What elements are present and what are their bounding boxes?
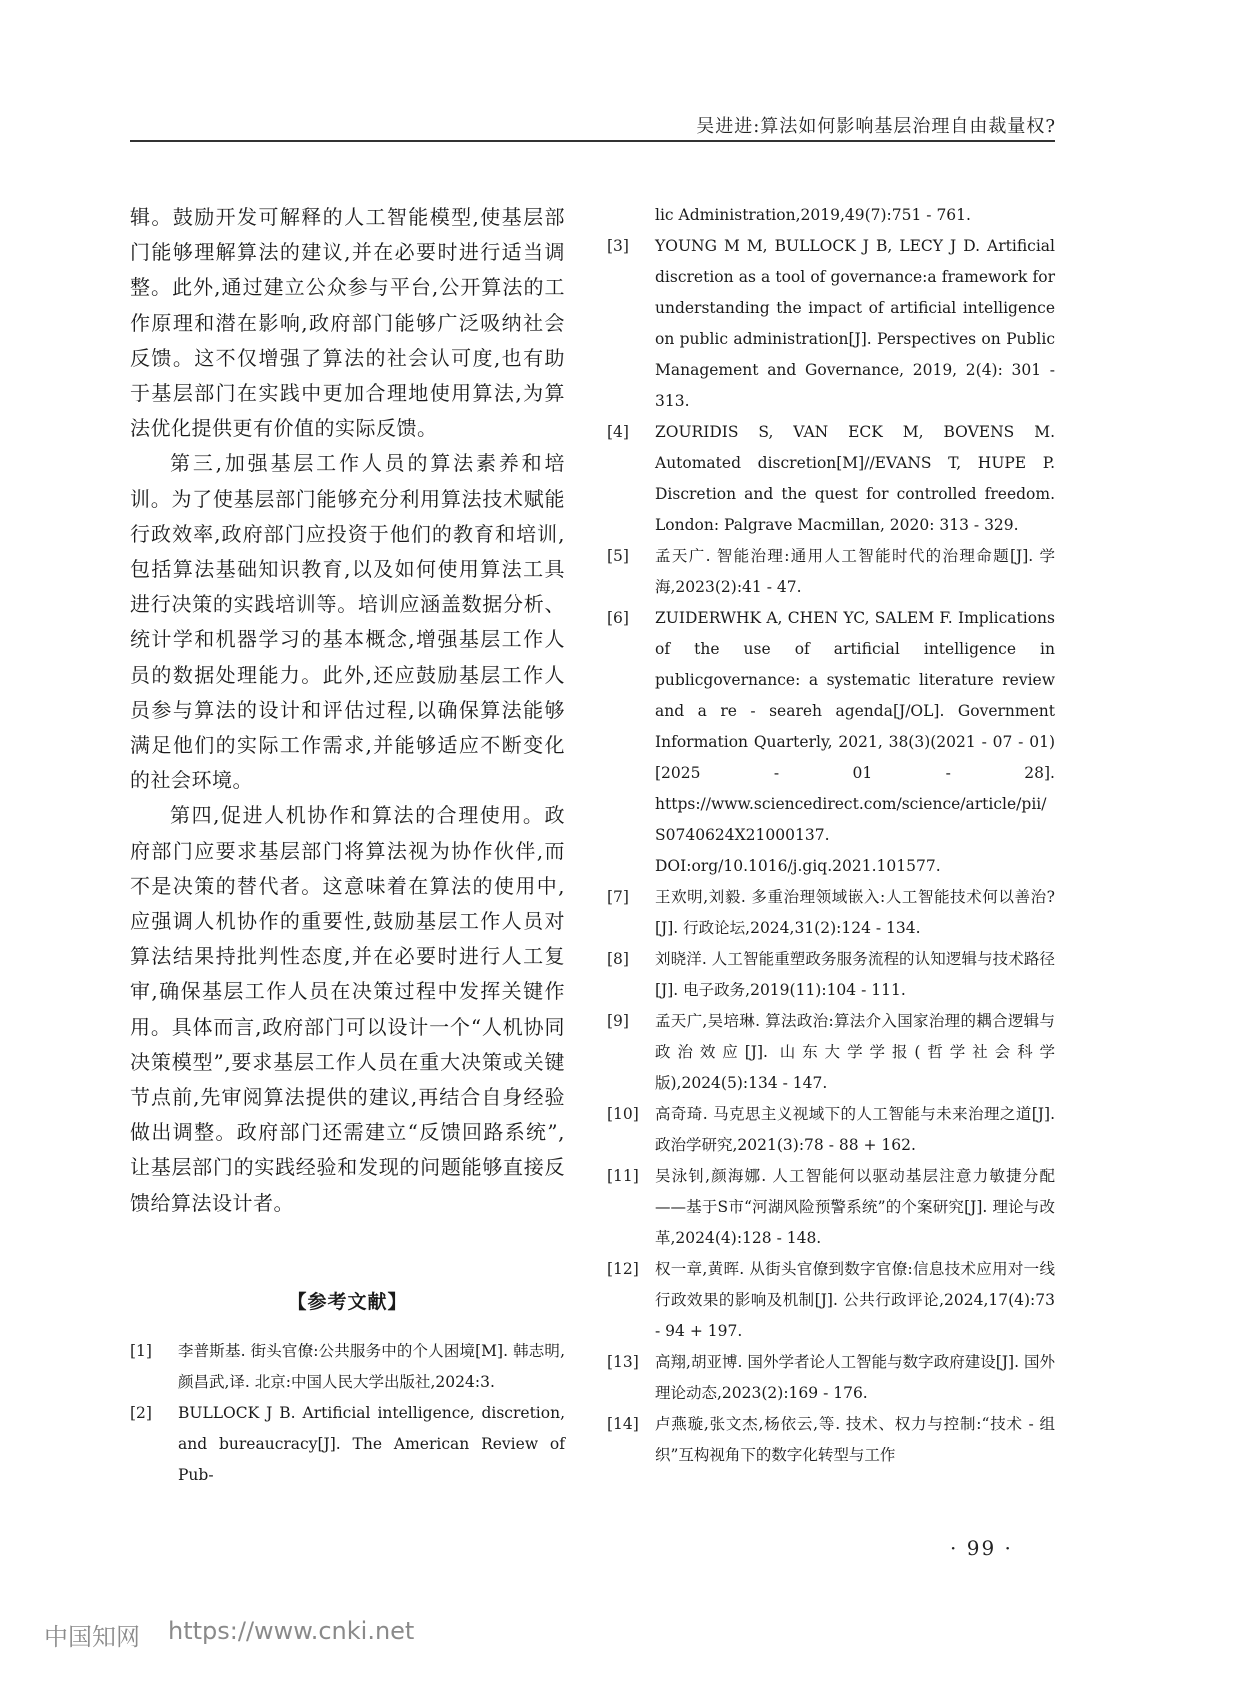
reference-number: [4]	[607, 417, 655, 541]
reference-item: [4] ZOURIDIS S, VAN ECK M, BOVENS M. Aut…	[607, 417, 1055, 541]
reference-number: [3]	[607, 231, 655, 417]
reference-text: ZUIDERWHK A, CHEN YC, SALEM F. Implicati…	[655, 603, 1055, 882]
reference-text: 高奇琦. 马克思主义视域下的人工智能与未来治理之道[J]. 政治学研究,2021…	[655, 1099, 1055, 1161]
header-rule	[130, 140, 1055, 142]
body-paragraph: 第三,加强基层工作人员的算法素养和培训。为了使基层部门能够充分利用算法技术赋能行…	[130, 446, 565, 798]
reference-number: [1]	[130, 1336, 178, 1398]
body-paragraph: 第四,促进人机协作和算法的合理使用。政府部门应要求基层部门将算法视为协作伙伴,而…	[130, 798, 565, 1220]
reference-item: [1] 李普斯基. 街头官僚:公共服务中的个人困境[M]. 韩志明,颜昌武,译.…	[130, 1336, 565, 1398]
reference-item: [10] 高奇琦. 马克思主义视域下的人工智能与未来治理之道[J]. 政治学研究…	[607, 1099, 1055, 1161]
reference-item: [7] 王欢明,刘毅. 多重治理领域嵌入:人工智能技术何以善治?[J]. 行政论…	[607, 882, 1055, 944]
reference-text: 刘晓洋. 人工智能重塑政务服务流程的认知逻辑与技术路径[J]. 电子政务,201…	[655, 944, 1055, 1006]
reference-number: [10]	[607, 1099, 655, 1161]
reference-item: [8] 刘晓洋. 人工智能重塑政务服务流程的认知逻辑与技术路径[J]. 电子政务…	[607, 944, 1055, 1006]
reference-number: [5]	[607, 541, 655, 603]
reference-continuation: lic Administration,2019,49(7):751 - 761.	[607, 200, 1055, 231]
body-paragraph: 辑。鼓励开发可解释的人工智能模型,使基层部门能够理解算法的建议,并在必要时进行适…	[130, 200, 565, 446]
left-column: 辑。鼓励开发可解释的人工智能模型,使基层部门能够理解算法的建议,并在必要时进行适…	[130, 200, 565, 1491]
reference-item: [12] 权一章,黄晖. 从街头官僚到数字官僚:信息技术应用对一线行政效果的影响…	[607, 1254, 1055, 1347]
reference-number: [9]	[607, 1006, 655, 1099]
reference-item: [11] 吴泳钊,颜海娜. 人工智能何以驱动基层注意力敏捷分配——基于S市“河湖…	[607, 1161, 1055, 1254]
reference-text: 高翔,胡亚博. 国外学者论人工智能与数字政府建设[J]. 国外理论动态,2023…	[655, 1347, 1055, 1409]
reference-text: ZOURIDIS S, VAN ECK M, BOVENS M. Automat…	[655, 417, 1055, 541]
watermark-url[interactable]: https://www.cnki.net	[168, 1617, 414, 1652]
reference-number: [7]	[607, 882, 655, 944]
reference-text: 吴泳钊,颜海娜. 人工智能何以驱动基层注意力敏捷分配——基于S市“河湖风险预警系…	[655, 1161, 1055, 1254]
reference-number: [11]	[607, 1161, 655, 1254]
reference-text: 王欢明,刘毅. 多重治理领域嵌入:人工智能技术何以善治?[J]. 行政论坛,20…	[655, 882, 1055, 944]
cnki-watermark[interactable]: 中国知网 https://www.cnki.net	[44, 1617, 414, 1652]
reference-item: [5] 孟天广. 智能治理:通用人工智能时代的治理命题[J]. 学海,2023(…	[607, 541, 1055, 603]
reference-item: [13] 高翔,胡亚博. 国外学者论人工智能与数字政府建设[J]. 国外理论动态…	[607, 1347, 1055, 1409]
reference-number: [8]	[607, 944, 655, 1006]
reference-item: [6] ZUIDERWHK A, CHEN YC, SALEM F. Impli…	[607, 603, 1055, 882]
watermark-site-name: 中国知网	[44, 1617, 140, 1652]
right-column: lic Administration,2019,49(7):751 - 761.…	[607, 200, 1055, 1471]
references-heading: 【参考文献】	[130, 1287, 565, 1314]
reference-text: 权一章,黄晖. 从街头官僚到数字官僚:信息技术应用对一线行政效果的影响及机制[J…	[655, 1254, 1055, 1347]
reference-text: 孟天广. 智能治理:通用人工智能时代的治理命题[J]. 学海,2023(2):4…	[655, 541, 1055, 603]
reference-item: [3] YOUNG M M, BULLOCK J B, LECY J D. Ar…	[607, 231, 1055, 417]
reference-text: 李普斯基. 街头官僚:公共服务中的个人困境[M]. 韩志明,颜昌武,译. 北京:…	[178, 1336, 565, 1398]
reference-item: [2] BULLOCK J B. Artificial intelligence…	[130, 1398, 565, 1491]
reference-number: [14]	[607, 1409, 655, 1471]
page-number: · 99 ·	[950, 1536, 1013, 1560]
reference-text: YOUNG M M, BULLOCK J B, LECY J D. Artifi…	[655, 231, 1055, 417]
reference-text: BULLOCK J B. Artificial intelligence, di…	[178, 1398, 565, 1491]
reference-item: [9] 孟天广,吴培琳. 算法政治:算法介入国家治理的耦合逻辑与政治效应[J].…	[607, 1006, 1055, 1099]
reference-item: [14] 卢燕璇,张文杰,杨依云,等. 技术、权力与控制:“技术 - 组织”互构…	[607, 1409, 1055, 1471]
reference-text: 孟天广,吴培琳. 算法政治:算法介入国家治理的耦合逻辑与政治效应[J]. 山东大…	[655, 1006, 1055, 1099]
reference-text: lic Administration,2019,49(7):751 - 761.	[655, 200, 1055, 231]
reference-text: 卢燕璇,张文杰,杨依云,等. 技术、权力与控制:“技术 - 组织”互构视角下的数…	[655, 1409, 1055, 1471]
reference-number: [12]	[607, 1254, 655, 1347]
reference-number: [2]	[130, 1398, 178, 1491]
running-header-title: 吴进进:算法如何影响基层治理自由裁量权?	[128, 112, 1056, 138]
reference-number: [13]	[607, 1347, 655, 1409]
reference-number: [6]	[607, 603, 655, 882]
